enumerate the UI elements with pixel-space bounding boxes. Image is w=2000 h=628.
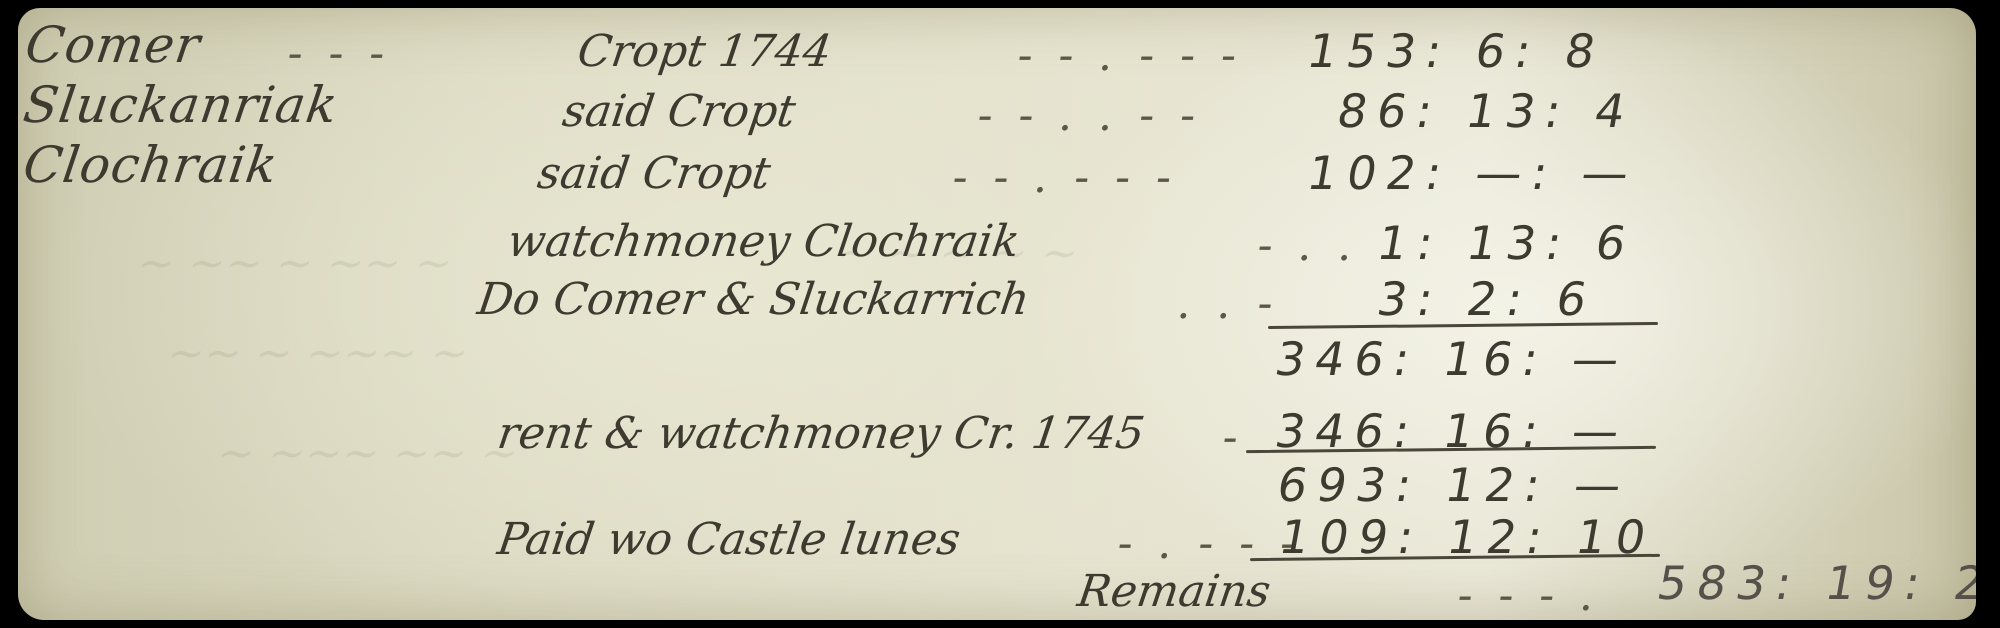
entry-amount: 1: 13: 6: [1373, 216, 1640, 270]
leader-dots: - - -: [284, 28, 394, 79]
entry-description: said Cropt: [534, 148, 773, 199]
place-name-clochraik: Clochraik: [20, 136, 282, 194]
remains-label: Remains: [1074, 566, 1273, 617]
leader-dots: - - . - - -: [1014, 30, 1245, 81]
entry-description: said Cropt: [559, 86, 798, 137]
subtotal-amount: 346: 16: —: [1271, 332, 1633, 386]
entry-description: Paid wo Castle lunes: [494, 514, 963, 565]
entry-amount: 102: —: —: [1303, 146, 1643, 200]
bleed-through-text: ~ ~~~ ~~ ~: [213, 428, 524, 479]
leader-dots: - - . - - -: [949, 152, 1180, 203]
leader-dots: . . -: [1174, 278, 1282, 329]
entry-amount: 86: 13: 4: [1333, 84, 1639, 138]
bleed-through-text: ~~ ~ ~~~ ~: [163, 328, 474, 379]
place-name-sluckanriak: Sluckanriak: [20, 76, 342, 134]
leader-dots: -: [1219, 412, 1247, 463]
leader-dots: - - - .: [1454, 570, 1604, 620]
entry-amount: 153: 6: 8: [1303, 24, 1609, 78]
leader-dots: - - . . - -: [974, 90, 1205, 141]
leader-dots: - . .: [1254, 220, 1362, 271]
bleed-through-text: ~ ~~ ~ ~~ ~: [133, 238, 458, 289]
ledger-page: ~ ~~ ~ ~~ ~ ~~ ~ ~~~ ~ ~ ~~~ ~~ ~ ~ ~ ~ …: [18, 8, 1976, 620]
entry-description: Cropt 1744: [574, 26, 834, 77]
sum-rule: [1268, 322, 1658, 329]
remains-amount: 583: 19: 2: [1653, 556, 1976, 610]
subtotal-amount: 693: 12: —: [1273, 458, 1635, 512]
place-name-comer: Comer: [22, 16, 204, 74]
entry-description: rent & watchmoney Cr. 1745: [494, 408, 1147, 459]
entry-amount: 3: 2: 6: [1373, 272, 1601, 326]
entry-description: watchmoney Clochraik: [504, 216, 1022, 267]
entry-description: Do Comer & Sluckarrich: [474, 274, 1032, 325]
